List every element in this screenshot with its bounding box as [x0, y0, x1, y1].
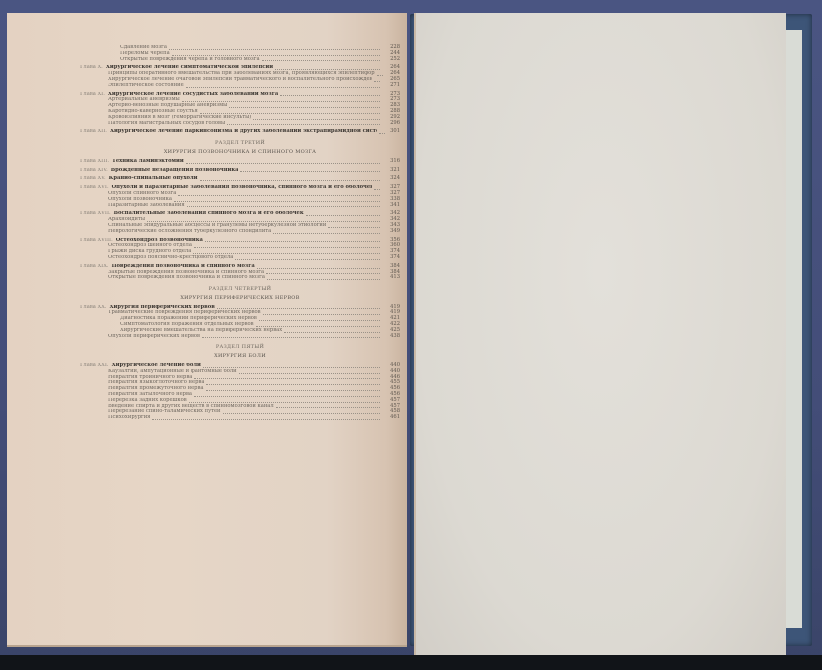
chapter-number: Глава XXI. [80, 363, 109, 368]
page-number: 321 [382, 168, 400, 174]
page-number: 349 [382, 229, 400, 235]
section-heading: РАЗДЕЛ ТРЕТИЙ [80, 141, 400, 147]
toc-entry: Открытые повреждения позвоночника и спин… [80, 275, 400, 281]
entry-label: Психохирургия [108, 415, 150, 421]
chapter-label: Глава XIII.Техника ламинэктомии [80, 159, 184, 165]
chapter-number: Глава X. [80, 65, 103, 70]
leader-dots [379, 133, 385, 134]
leader-dots [229, 107, 380, 108]
chapter-number: Глава XIV. [80, 168, 108, 173]
page-number: 341 [382, 203, 400, 209]
leader-dots [259, 320, 380, 321]
leader-dots [256, 326, 380, 327]
leader-dots [377, 75, 383, 76]
chapter-number: Глава XVI. [80, 185, 109, 190]
leader-dots [374, 189, 380, 190]
leader-dots [200, 113, 380, 114]
page-number: 316 [382, 159, 400, 165]
leader-dots [152, 419, 380, 420]
toc-entry: Психохирургия461 [80, 415, 400, 421]
entry-label: Патология магистральных сосудов головы [108, 121, 225, 127]
leader-dots [178, 195, 380, 196]
chapter-label: Глава XIV.Врожденные незаращения позвоно… [80, 168, 238, 174]
leader-dots [186, 163, 380, 164]
page-number: 438 [382, 334, 400, 340]
leader-dots [273, 233, 380, 234]
table-of-contents: Сдавление мозга228Переломы черепа244Откр… [80, 45, 400, 421]
section-title: ХИРУРГИЯ БОЛИ [80, 354, 400, 360]
section-title: ХИРУРГИЯ ПЕРИФЕРИЧЕСКИХ НЕРВОВ [80, 296, 400, 302]
shadow [0, 655, 822, 670]
chapter-number: Глава XVII. [80, 211, 111, 216]
leader-dots [193, 253, 380, 254]
toc-entry: Патология магистральных сосудов головы29… [80, 121, 400, 127]
leader-dots [306, 215, 380, 216]
leader-dots [206, 384, 380, 385]
leader-dots [276, 407, 380, 408]
section-heading: РАЗДЕЛ ПЯТЫЙ [80, 345, 400, 351]
chapter-title: Хирургия периферических нервов [110, 305, 215, 310]
leader-dots [217, 308, 380, 309]
section-title: ХИРУРГИЯ ПОЗВОНОЧНИКА И СПИННОГО МОЗГА [80, 150, 400, 156]
toc-entry: Открытые повреждения черепа и головного … [80, 57, 400, 63]
leader-dots [240, 171, 380, 172]
chapter-title: Хирургическое лечение симптоматической э… [106, 65, 273, 70]
page-number: 301 [387, 129, 400, 135]
chapter-number: Глава XV. [80, 176, 106, 181]
blank-flyleaf-page [414, 13, 786, 655]
page-number: 374 [382, 255, 400, 261]
chapter-number: Глава XI. [80, 92, 105, 97]
chapter-entry: Глава XII.Хирургическое лечение паркинсо… [80, 129, 400, 135]
leader-dots [182, 101, 380, 102]
leader-dots [174, 201, 380, 202]
leader-dots [203, 367, 380, 368]
toc-entry: Эпилептическое состояние271 [80, 83, 400, 89]
chapter-entry: Глава XV.Кранио-спинальные опухоли324 [80, 176, 400, 182]
chapter-number: Глава XIII. [80, 159, 109, 164]
chapter-entry: Глава XIV.Врожденные незаращения позвоно… [80, 168, 400, 174]
toc-entry: Опухоли периферических нервов438 [80, 334, 400, 340]
leader-dots [202, 337, 380, 338]
leader-dots [194, 378, 380, 379]
leader-dots [169, 49, 380, 50]
chapter-title: Повреждения позвоночника и спинного мозг… [112, 264, 255, 269]
leader-dots [194, 396, 380, 397]
toc-entry: Остеохондроз пояснично-крестцового отдел… [80, 255, 400, 261]
chapter-number: Глава XIX. [80, 264, 109, 269]
leader-dots [172, 55, 380, 56]
page-number: 271 [382, 83, 400, 89]
leader-dots [257, 268, 380, 269]
leader-dots [205, 241, 380, 242]
leader-dots [275, 69, 380, 70]
entry-label: Паразитарные заболевания [108, 203, 185, 209]
entry-label: Эпилептическое состояние [108, 83, 184, 89]
chapter-number: Глава XX. [80, 305, 107, 310]
entry-label: Открытые повреждения позвоночника и спин… [108, 275, 265, 281]
entry-label: Опухоли периферических нервов [108, 334, 200, 340]
leader-dots [189, 402, 380, 403]
leader-dots [187, 206, 380, 207]
chapter-title: Техника ламинэктомии [112, 159, 184, 164]
leader-dots [253, 119, 380, 120]
chapter-title: Кранио-спинальные опухоли [109, 176, 198, 181]
chapter-title: Хирургическое лечение сосудистых заболев… [108, 92, 278, 97]
chapter-title: Остеохондроз позвоночника [116, 238, 203, 243]
leader-dots [186, 87, 380, 88]
chapter-title: Врожденные незаращения позвоночника [111, 168, 239, 173]
chapter-title: Хирургическое лечение боли [112, 363, 201, 368]
chapter-label: Глава XV.Кранио-спинальные опухоли [80, 176, 198, 182]
leader-dots [223, 413, 380, 414]
chapter-number: Глава XII. [80, 129, 107, 134]
leader-dots [263, 314, 380, 315]
entry-label: Неврологические осложнения туберкулезног… [108, 229, 271, 235]
leader-dots [328, 227, 380, 228]
chapter-title: Хирургическое лечение паркинсонизма и др… [110, 129, 377, 134]
leader-dots [284, 332, 380, 333]
entry-label: Остеохондроз пояснично-крестцового отдел… [108, 255, 233, 261]
leader-dots [280, 95, 380, 96]
leader-dots [227, 124, 380, 125]
toc-entry: Неврологические осложнения туберкулезног… [80, 229, 400, 235]
leader-dots [147, 221, 380, 222]
entry-label: Открытые повреждения черепа и головного … [120, 57, 260, 63]
section-heading: РАЗДЕЛ ЧЕТВЕРТЫЙ [80, 287, 400, 293]
leader-dots [206, 390, 380, 391]
page-number: 324 [382, 176, 400, 182]
leader-dots [262, 60, 380, 61]
leader-dots [194, 247, 380, 248]
chapter-title: Опухоли и паразитарные заболевания позво… [112, 185, 372, 190]
leader-dots [266, 273, 380, 274]
chapter-title: Воспалительные заболевания спинного мозг… [114, 211, 304, 216]
leader-dots [200, 180, 380, 181]
chapter-number: Глава XVIII. [80, 238, 113, 243]
chapter-entry: Глава XIII.Техника ламинэктомии316 [80, 159, 400, 165]
page-number: 413 [382, 275, 400, 281]
leader-dots [235, 259, 380, 260]
page-number: 296 [382, 121, 400, 127]
chapter-label: Глава XII.Хирургическое лечение паркинсо… [80, 129, 377, 135]
page-number: 461 [382, 415, 400, 421]
leader-dots [239, 373, 380, 374]
page-number: 252 [382, 57, 400, 63]
leader-dots [267, 279, 380, 280]
leader-dots [374, 81, 380, 82]
toc-entry: Паразитарные заболевания341 [80, 203, 400, 209]
